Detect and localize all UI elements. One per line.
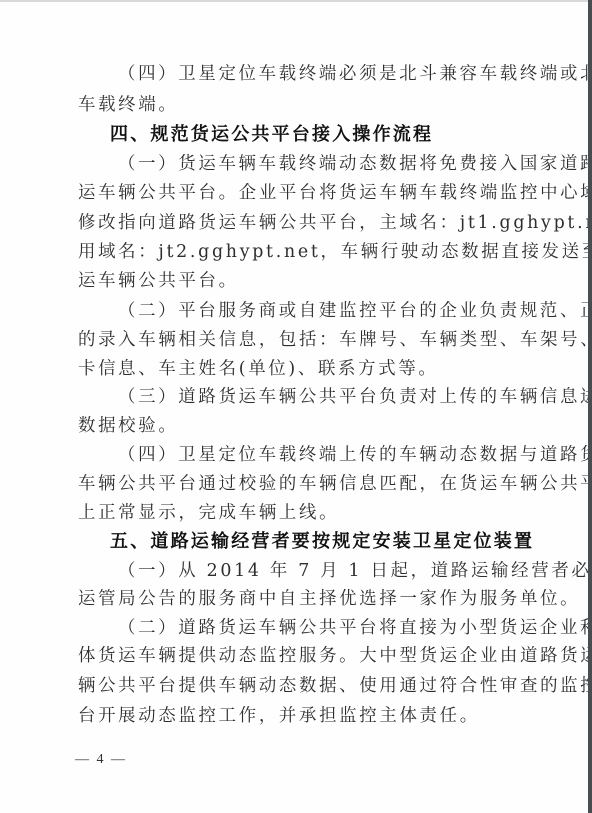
line-14: （四）卫星定位车载终端上传的车辆动态数据与道路货运 xyxy=(118,441,512,470)
line-13: 数据校验。 xyxy=(78,412,178,441)
line-11: 卡信息、车主姓名(单位)、联系方式等。 xyxy=(78,355,439,384)
line-18: （一）从 2014 年 7 月 1 日起，道路运输经营者必须在省 xyxy=(118,557,512,586)
line-9: （二）平台服务商或自建监控平台的企业负责规范、正确 xyxy=(118,297,512,326)
line-5: 运车辆公共平台。企业平台将货运车辆车载终端监控中心域名 xyxy=(78,179,512,208)
document-page: （四）卫星定位车载终端必须是北斗兼容车载终端或北斗 车载终端。 四、规范货运公共… xyxy=(0,0,588,813)
line-6: 修改指向道路货运车辆公共平台，主域名：jt1.gghypt.net，备 xyxy=(78,209,512,238)
line-16: 上正常显示，完成车辆上线。 xyxy=(78,499,339,528)
window-edge xyxy=(588,0,592,813)
line-2: 车载终端。 xyxy=(78,91,178,120)
line-19: 运管局公告的服务商中自主择优选择一家作为服务单位。 xyxy=(78,585,512,614)
section-heading-4: 四、规范货运公共平台接入操作流程 xyxy=(110,120,433,149)
line-8: 运车辆公共平台。 xyxy=(78,267,239,296)
line-22: 辆公共平台提供车辆动态数据、使用通过符合性审查的监控平 xyxy=(78,672,512,701)
section-heading-5: 五、道路运输经营者要按规定安装卫星定位装置 xyxy=(110,527,534,556)
line-20: （二）道路货运车辆公共平台将直接为小型货运企业和个 xyxy=(118,614,512,643)
line-21: 体货运车辆提供动态监控服务。大中型货运企业由道路货运车 xyxy=(78,642,512,671)
line-12: （三）道路货运车辆公共平台负责对上传的车辆信息进行 xyxy=(118,383,512,412)
line-15: 车辆公共平台通过校验的车辆信息匹配，在货运车辆公共平台 xyxy=(78,470,512,499)
line-10: 的录入车辆相关信息，包括：车牌号、车辆类型、车架号、SIM xyxy=(78,326,512,355)
line-4: （一）货运车辆车载终端动态数据将免费接入国家道路货 xyxy=(118,150,512,179)
line-23: 台开展动态监控工作，并承担监控主体责任。 xyxy=(78,702,480,731)
line-1: （四）卫星定位车载终端必须是北斗兼容车载终端或北斗 xyxy=(118,60,512,89)
line-7: 用域名：jt2.gghypt.net，车辆行驶动态数据直接发送至道路货 xyxy=(78,238,512,267)
page-number: — 4 — xyxy=(75,752,127,768)
